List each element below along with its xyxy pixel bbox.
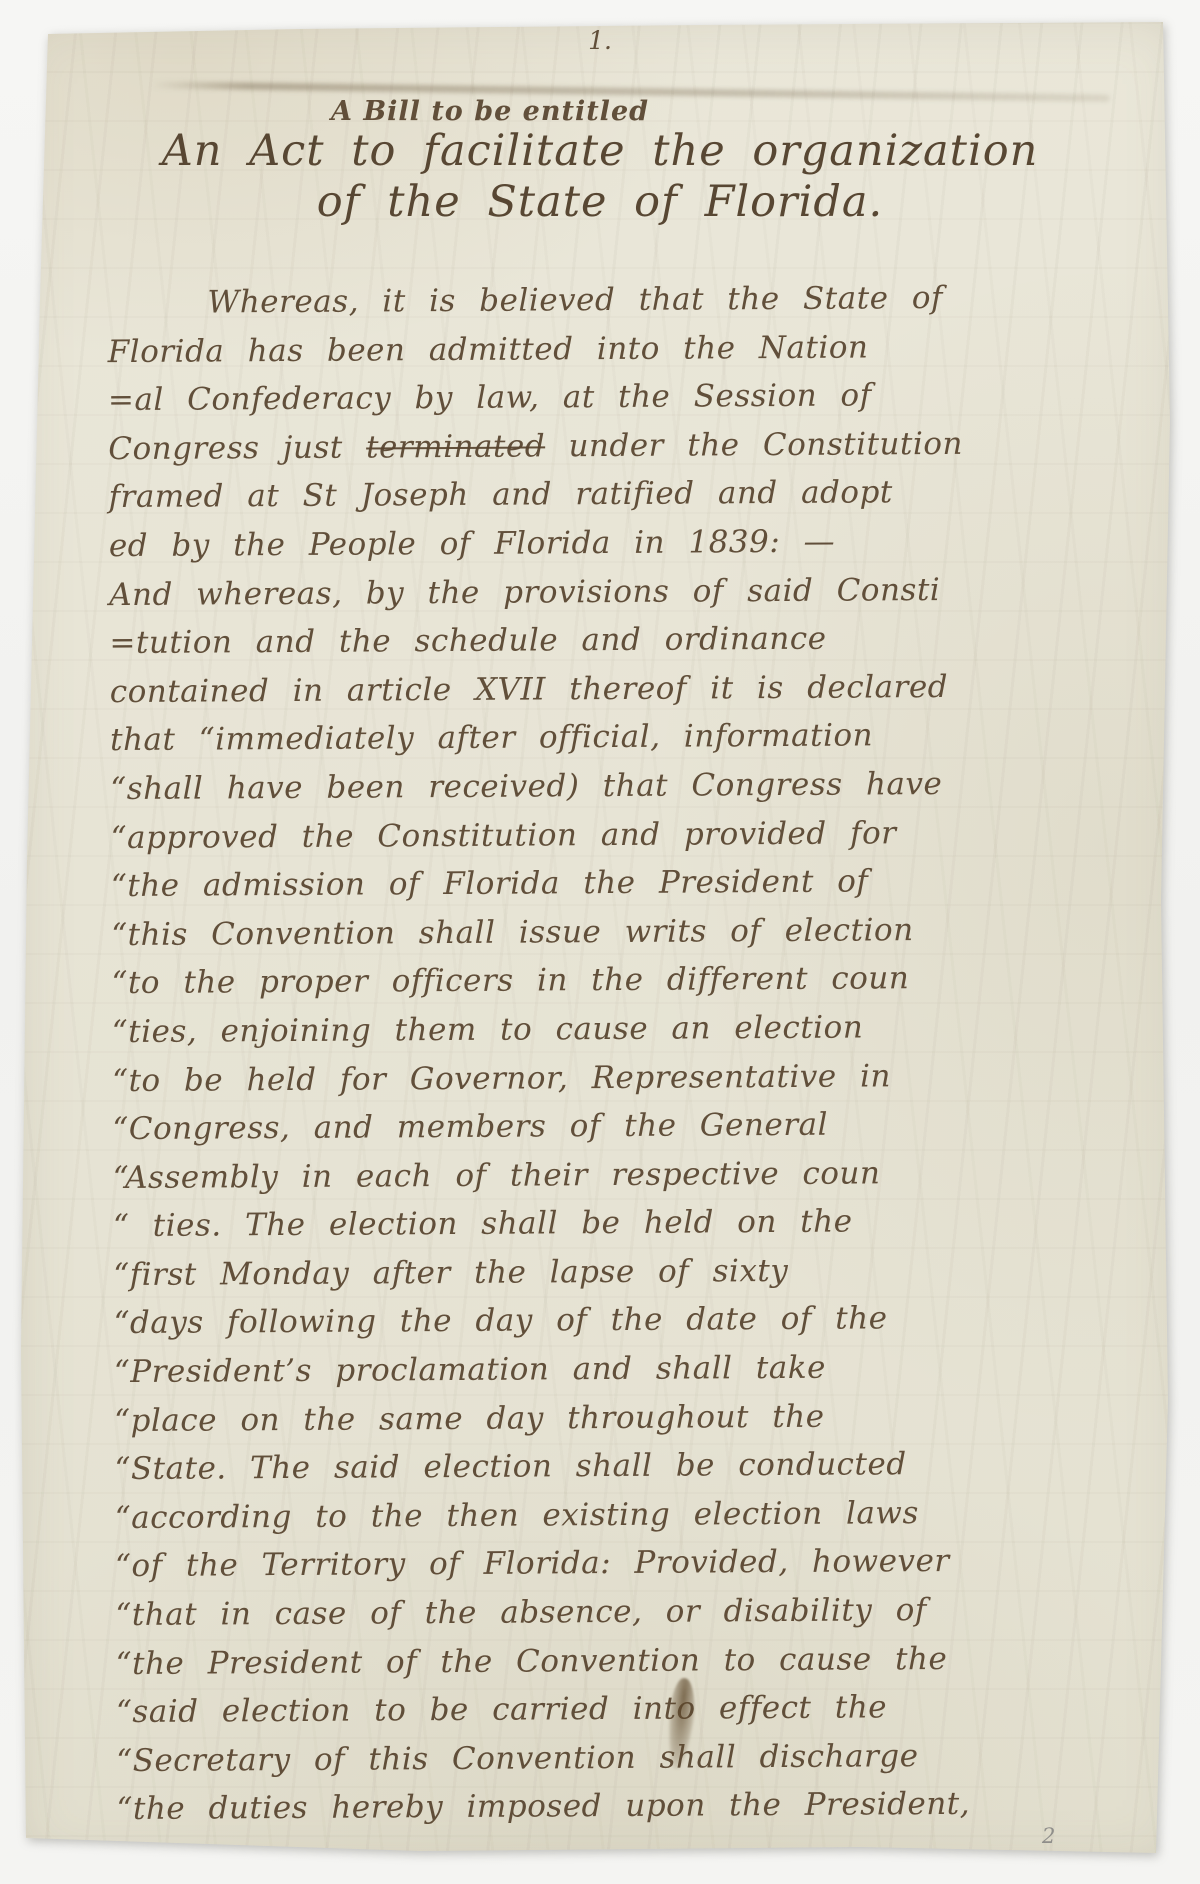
line-text: “shall have been received) that Congress… xyxy=(110,766,942,807)
manuscript-line: that “immediately after official, inform… xyxy=(110,710,1120,765)
manuscript-line: “place on the same day throughout the xyxy=(114,1391,1124,1446)
page-number-top: 1. xyxy=(0,26,1200,55)
line-text: “State. The said election shall be condu… xyxy=(114,1446,906,1487)
struck-word: terminated xyxy=(366,428,545,465)
manuscript-line: “that in case of the absence, or disabil… xyxy=(115,1585,1125,1640)
manuscript-line: “the President of the Convention to caus… xyxy=(116,1634,1126,1689)
line-text: “ ties. The election shall be held on th… xyxy=(113,1204,853,1245)
body-lines: Whereas, it is believed that the State o… xyxy=(107,273,1126,1834)
manuscript-line: =tution and the schedule and ordinance xyxy=(109,613,1119,668)
manuscript-line: Florida has been admitted into the Natio… xyxy=(108,322,1118,377)
line-text: “this Convention shall issue writs of el… xyxy=(111,912,914,953)
line-text: “place on the same day throughout the xyxy=(114,1398,825,1438)
line-text: “President’s proclamation and shall take xyxy=(114,1350,826,1390)
line-text: “days following the day of the date of t… xyxy=(114,1301,888,1342)
line-text: “said election to be carried into effect… xyxy=(116,1690,887,1731)
line-text: =tution and the schedule and ordinance xyxy=(109,621,826,661)
line-text: that “immediately after official, inform… xyxy=(110,718,873,759)
manuscript-line: “of the Territory of Florida: Provided, … xyxy=(115,1536,1125,1591)
manuscript-line: “President’s proclamation and shall take xyxy=(114,1342,1124,1397)
line-text: framed at St Joseph and ratified and ado… xyxy=(108,475,892,516)
line-text: “of the Territory of Florida: Provided, … xyxy=(115,1543,950,1584)
manuscript-line: “according to the then existing election… xyxy=(115,1488,1125,1543)
manuscript-line: “Congress, and members of the General xyxy=(112,1099,1122,1154)
line-text: “the admission of Florida the President … xyxy=(111,864,869,905)
manuscript-line: contained in article XVII thereof it is … xyxy=(110,662,1120,717)
manuscript-line: =al Confederacy by law, at the Session o… xyxy=(108,370,1118,425)
manuscript-line: “first Monday after the lapse of sixty xyxy=(113,1245,1123,1300)
line-text: “Secretary of this Convention shall disc… xyxy=(116,1738,918,1779)
line-text: “the duties hereby imposed upon the Pres… xyxy=(116,1786,970,1827)
line-text: “Congress, and members of the General xyxy=(112,1107,828,1147)
title-line-1: An Act to facilitate the organization xyxy=(110,126,1090,177)
line-text: =al Confederacy by law, at the Session o… xyxy=(108,378,872,419)
line-text: “approved the Constitution and provided … xyxy=(111,815,897,856)
manuscript-line: “ties, enjoining them to cause an electi… xyxy=(112,1002,1122,1057)
line-text: Florida has been admitted into the Natio… xyxy=(108,329,869,370)
manuscript-line: “State. The said election shall be condu… xyxy=(114,1439,1124,1494)
line-text: “Assembly in each of their respective co… xyxy=(113,1155,881,1196)
line-text: “the President of the Convention to caus… xyxy=(116,1641,948,1682)
line-text: “to be held for Governor, Representative… xyxy=(112,1058,891,1099)
manuscript-line: “Assembly in each of their respective co… xyxy=(113,1148,1123,1203)
manuscript-line: “Secretary of this Convention shall disc… xyxy=(116,1731,1126,1786)
line-text: Whereas, it is believed that the State o… xyxy=(207,280,943,320)
document-title: An Act to facilitate the organization of… xyxy=(110,126,1090,228)
manuscript-line: “days following the day of the date of t… xyxy=(113,1293,1123,1348)
manuscript-line: “this Convention shall issue writs of el… xyxy=(111,905,1121,960)
line-text: contained in article XVII thereof it is … xyxy=(110,669,949,710)
manuscript-line: framed at St Joseph and ratified and ado… xyxy=(108,467,1118,522)
line-text: Congress just xyxy=(108,429,366,467)
scan-background: 1. A Bill to be entitled An Act to facil… xyxy=(0,0,1200,1884)
manuscript-line: “to be held for Governor, Representative… xyxy=(112,1050,1122,1105)
manuscript-paper: 1. A Bill to be entitled An Act to facil… xyxy=(0,0,1200,1884)
page-number-bottom: 2 xyxy=(1042,1824,1055,1848)
interlined-note: A Bill to be entitled xyxy=(0,96,980,127)
manuscript-line: “shall have been received) that Congress… xyxy=(110,759,1120,814)
manuscript-line: “ ties. The election shall be held on th… xyxy=(113,1196,1123,1251)
line-text: “to the proper officers in the different… xyxy=(111,961,909,1002)
manuscript-line: ed by the People of Florida in 1839: — xyxy=(109,516,1119,571)
manuscript-line: “approved the Constitution and provided … xyxy=(111,807,1121,862)
title-line-2: of the State of Florida. xyxy=(110,177,1090,228)
line-text: “ties, enjoining them to cause an electi… xyxy=(112,1009,864,1050)
line-text: ed by the People of Florida in 1839: — xyxy=(109,524,835,564)
manuscript-line: “the admission of Florida the President … xyxy=(111,856,1121,911)
manuscript-line: “said election to be carried into effect… xyxy=(116,1682,1126,1737)
line-text: under the Constitution xyxy=(545,426,963,465)
manuscript-line: “the duties hereby imposed upon the Pres… xyxy=(116,1779,1126,1834)
line-text: “according to the then existing election… xyxy=(115,1495,919,1536)
line-text: And whereas, by the provisions of said C… xyxy=(109,572,940,613)
manuscript-line: And whereas, by the provisions of said C… xyxy=(109,564,1119,619)
manuscript-line: Whereas, it is believed that the State o… xyxy=(107,273,1117,328)
line-text: “that in case of the absence, or disabil… xyxy=(115,1592,927,1633)
manuscript-line: Congress just terminated under the Const… xyxy=(108,419,1118,474)
line-text: “first Monday after the lapse of sixty xyxy=(113,1253,788,1293)
manuscript-line: “to the proper officers in the different… xyxy=(111,953,1121,1008)
document-page: 1. A Bill to be entitled An Act to facil… xyxy=(0,0,1200,1884)
